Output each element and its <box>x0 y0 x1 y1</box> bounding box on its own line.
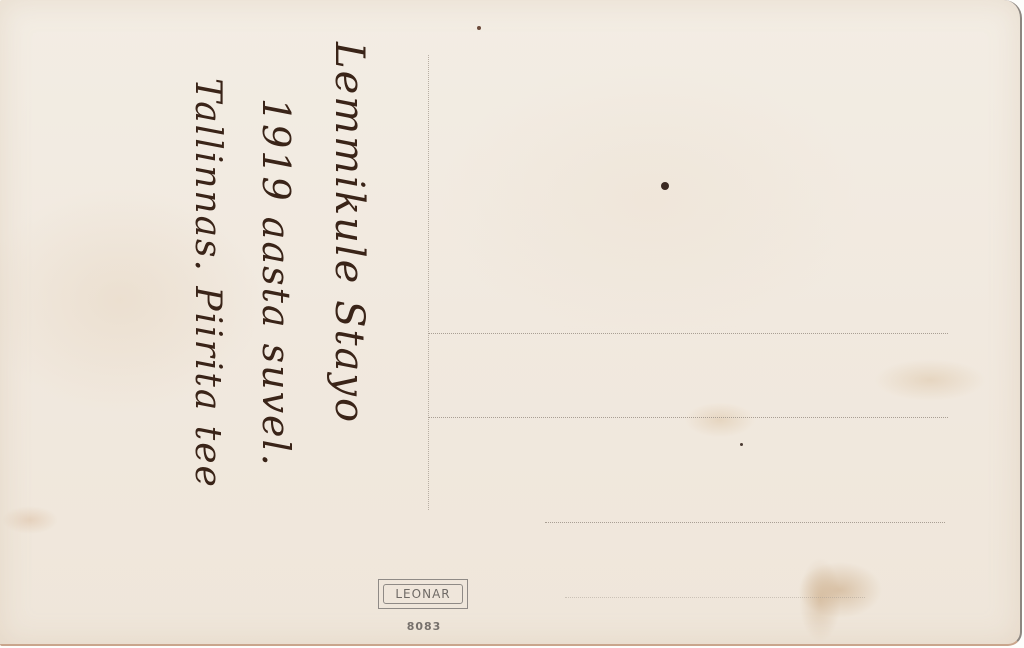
address-line-1 <box>428 333 948 334</box>
catalog-number: 8083 <box>400 620 448 633</box>
handwritten-line-1: Lemmikule Stayo <box>326 42 372 424</box>
handwritten-line-2: 1919 aasta suvel. <box>254 98 298 468</box>
address-line-3 <box>545 522 945 523</box>
ink-spot <box>477 26 481 30</box>
postcard-back: Lemmikule Stayo 1919 aasta suvel. Tallin… <box>0 0 1022 646</box>
publisher-name: LEONAR <box>383 584 463 604</box>
handwritten-line-3: Tallinnas. Piirita tee <box>187 78 228 489</box>
address-line-4 <box>565 597 865 598</box>
publisher-stamp: LEONAR <box>378 579 468 609</box>
address-line-2 <box>428 417 948 418</box>
ink-spot <box>740 443 743 446</box>
message-address-divider <box>428 55 429 510</box>
ink-spot <box>661 182 669 190</box>
